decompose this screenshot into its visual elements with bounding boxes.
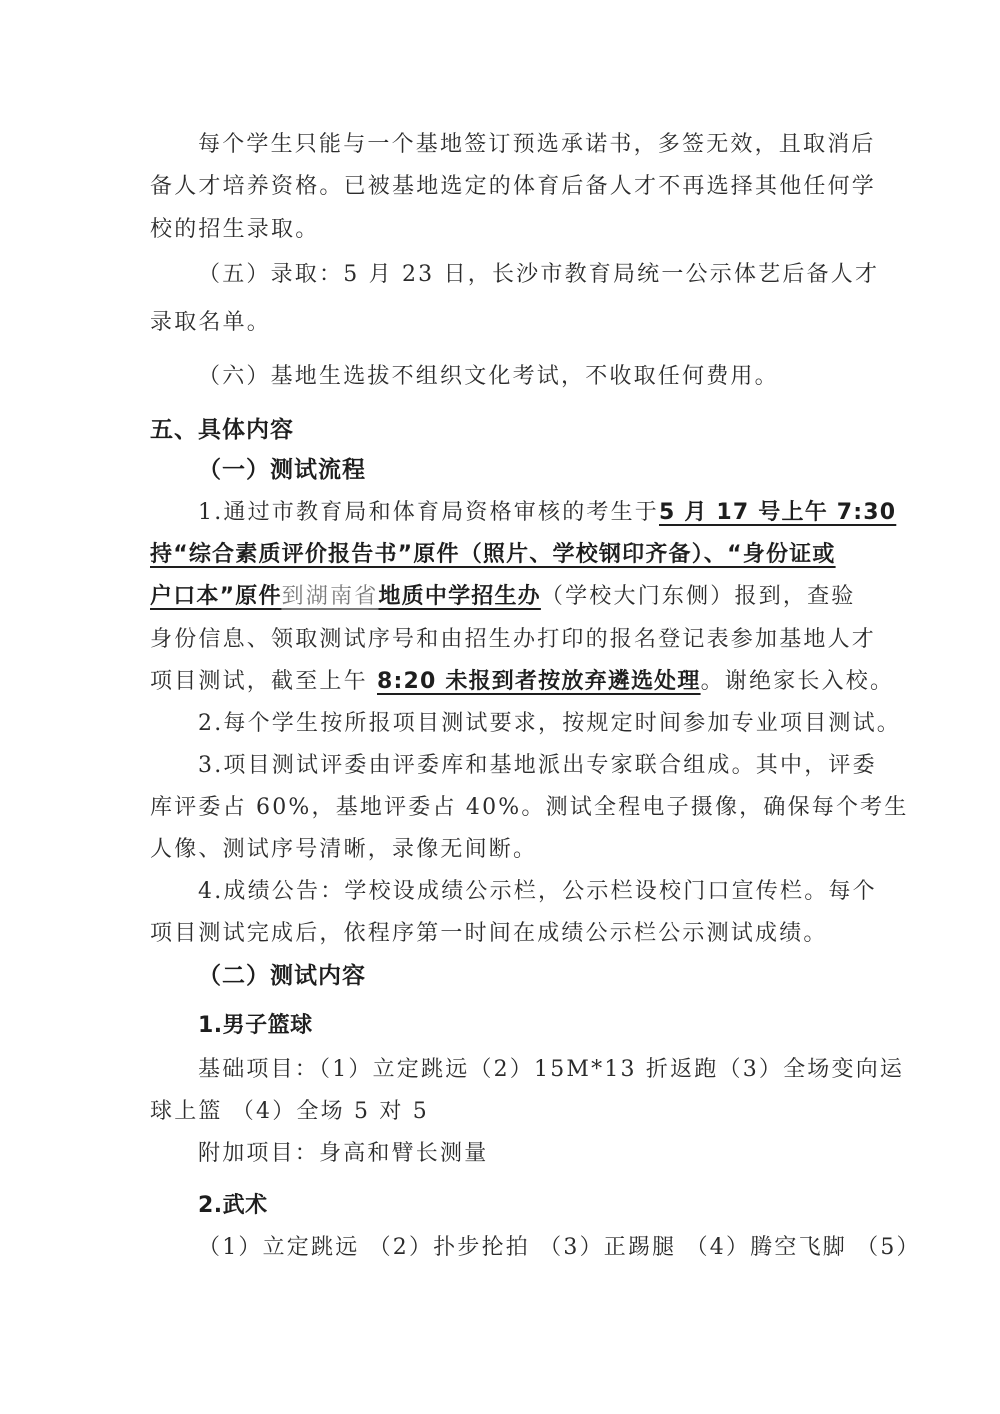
emphasized-text: 户口本”原件	[150, 584, 282, 609]
paragraph-line: 4.成绩公告：学校设成绩公示栏，公示栏设校门口宣传栏。每个	[198, 875, 908, 909]
text-segment: 项目测试完成后，依程序第一时间在成绩公示栏公示测试成绩。	[150, 921, 828, 946]
paragraph-line: 录取名单。	[150, 306, 860, 340]
text-segment: 球上篮 （4）全场 5 对 5	[150, 1099, 429, 1124]
text-segment: 五、具体内容	[150, 417, 294, 443]
paragraph-line: 3.项目测试评委由评委库和基地派出专家联合组成。其中，评委	[198, 749, 908, 783]
document-page: 每个学生只能与一个基地签订预选承诺书，多签无效，且取消后备人才培养资格。已被基地…	[0, 0, 1000, 1414]
paragraph-line: 备人才培养资格。已被基地选定的体育后备人才不再选择其他任何学	[150, 170, 860, 204]
paragraph-line: 身份信息、领取测试序号和由招生办打印的报名登记表参加基地人才	[150, 623, 860, 657]
paragraph-line: （六）基地生选拔不组织文化考试，不收取任何费用。	[198, 360, 908, 394]
paragraph-line: 2.每个学生按所报项目测试要求，按规定时间参加专业项目测试。	[198, 707, 908, 741]
paragraph-line: 库评委占 60%，基地评委占 40%。测试全程电子摄像，确保每个考生	[150, 791, 860, 825]
subsection-heading: （一）测试流程	[198, 453, 908, 487]
section-heading: 五、具体内容	[150, 413, 860, 447]
paragraph-line: （1）立定跳远 （2）扑步抡拍 （3）正踢腿 （4）腾空飞脚 （5）	[198, 1231, 908, 1265]
text-segment: 基础项目：（1）立定跳远（2）15M*13 折返跑（3）全场变向运	[198, 1057, 904, 1082]
paragraph-line: （五）录取：5 月 23 日，长沙市教育局统一公示体艺后备人才	[198, 258, 908, 292]
emphasized-text: 持“综合素质评价报告书”原件（照片、学校钢印齐备）、“身份证或	[150, 542, 836, 567]
text-segment: （五）录取：5 月 23 日，长沙市教育局统一公示体艺后备人才	[198, 262, 879, 287]
text-segment: 库评委占 60%，基地评委占 40%。测试全程电子摄像，确保每个考生	[150, 795, 909, 820]
text-segment: （二）测试内容	[198, 963, 366, 989]
text-segment: 2.武术	[198, 1193, 268, 1218]
text-segment: 身份信息、领取测试序号和由招生办打印的报名登记表参加基地人才	[150, 627, 876, 652]
text-segment: 1.通过市教育局和体育局资格审核的考生于	[198, 500, 659, 525]
paragraph-line: 球上篮 （4）全场 5 对 5	[150, 1095, 860, 1129]
emphasized-text: 到湖南省	[282, 584, 379, 609]
text-segment: 人像、测试序号清晰，录像无间断。	[150, 837, 537, 862]
text-segment: 备人才培养资格。已被基地选定的体育后备人才不再选择其他任何学	[150, 174, 876, 199]
item-heading: 1.男子篮球	[198, 1009, 908, 1043]
paragraph-line: 1.通过市教育局和体育局资格审核的考生于5 月 17 号上午 7:30	[198, 496, 908, 530]
paragraph-line: 户口本”原件到湖南省地质中学招生办（学校大门东侧）报到，查验	[150, 580, 860, 614]
text-segment: 每个学生只能与一个基地签订预选承诺书，多签无效，且取消后	[198, 132, 876, 157]
paragraph-line: 基础项目：（1）立定跳远（2）15M*13 折返跑（3）全场变向运	[198, 1053, 908, 1087]
paragraph-line: 校的招生录取。	[150, 213, 860, 247]
text-segment: 。谢绝家长入校。	[701, 669, 895, 694]
text-segment: 1.男子篮球	[198, 1013, 313, 1038]
paragraph-line: 每个学生只能与一个基地签订预选承诺书，多签无效，且取消后	[198, 128, 908, 162]
text-segment: 2.每个学生按所报项目测试要求，按规定时间参加专业项目测试。	[198, 711, 901, 736]
text-segment: （学校大门东侧）报到，查验	[541, 584, 856, 609]
emphasized-text: 地质中学招生办	[378, 584, 540, 609]
paragraph-line: 项目测试完成后，依程序第一时间在成绩公示栏公示测试成绩。	[150, 917, 860, 951]
text-segment: 4.成绩公告：学校设成绩公示栏，公示栏设校门口宣传栏。每个	[198, 879, 877, 904]
text-segment: （1）立定跳远 （2）扑步抡拍 （3）正踢腿 （4）腾空飞脚 （5）	[198, 1235, 921, 1260]
emphasized-text: 8:20 未报到者按放弃遴选处理	[377, 669, 701, 694]
text-segment: 录取名单。	[150, 310, 271, 335]
text-segment: （一）测试流程	[198, 457, 366, 483]
text-segment: （六）基地生选拔不组织文化考试，不收取任何费用。	[198, 364, 779, 389]
text-segment: 校的招生录取。	[150, 217, 319, 242]
paragraph-line: 人像、测试序号清晰，录像无间断。	[150, 833, 860, 867]
text-segment: 附加项目：身高和臂长测量	[198, 1141, 488, 1166]
emphasized-text: 5 月 17 号上午 7:30	[659, 500, 896, 525]
paragraph-line: 附加项目：身高和臂长测量	[198, 1137, 908, 1171]
text-segment: 项目测试，截至上午	[150, 669, 377, 694]
subsection-heading: （二）测试内容	[198, 959, 908, 993]
paragraph-line: 持“综合素质评价报告书”原件（照片、学校钢印齐备）、“身份证或	[150, 538, 860, 572]
paragraph-line: 项目测试，截至上午 8:20 未报到者按放弃遴选处理。谢绝家长入校。	[150, 665, 860, 699]
item-heading: 2.武术	[198, 1189, 908, 1223]
text-segment: 3.项目测试评委由评委库和基地派出专家联合组成。其中，评委	[198, 753, 877, 778]
